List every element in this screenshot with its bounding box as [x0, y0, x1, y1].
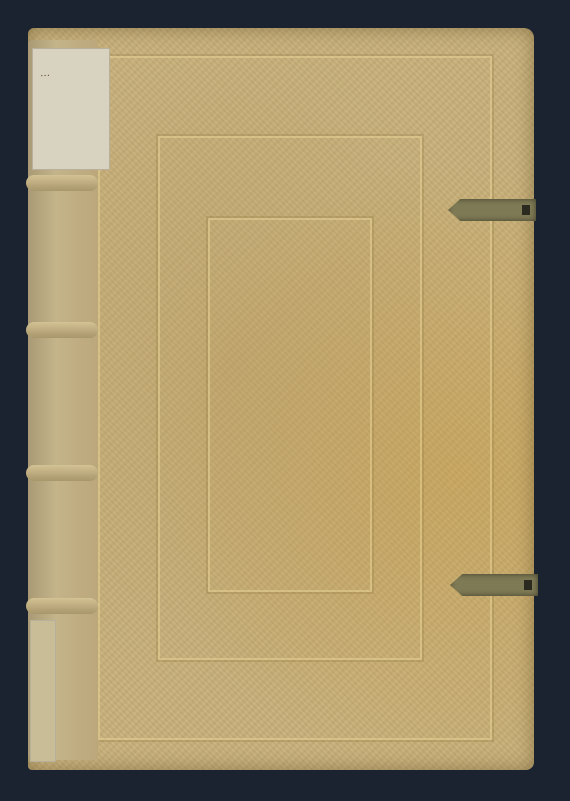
spine-label-text: …: [40, 68, 51, 80]
lower-clasp: [450, 574, 538, 596]
spine-band: [26, 598, 98, 614]
spine-band: [26, 322, 98, 338]
inner-tooled-frame: [208, 218, 372, 592]
spine-paper-label-top: [32, 48, 110, 170]
spine-band: [26, 175, 98, 191]
upper-clasp: [448, 199, 536, 221]
spine-band: [26, 465, 98, 481]
spine-paper-label-bottom: [30, 620, 56, 762]
